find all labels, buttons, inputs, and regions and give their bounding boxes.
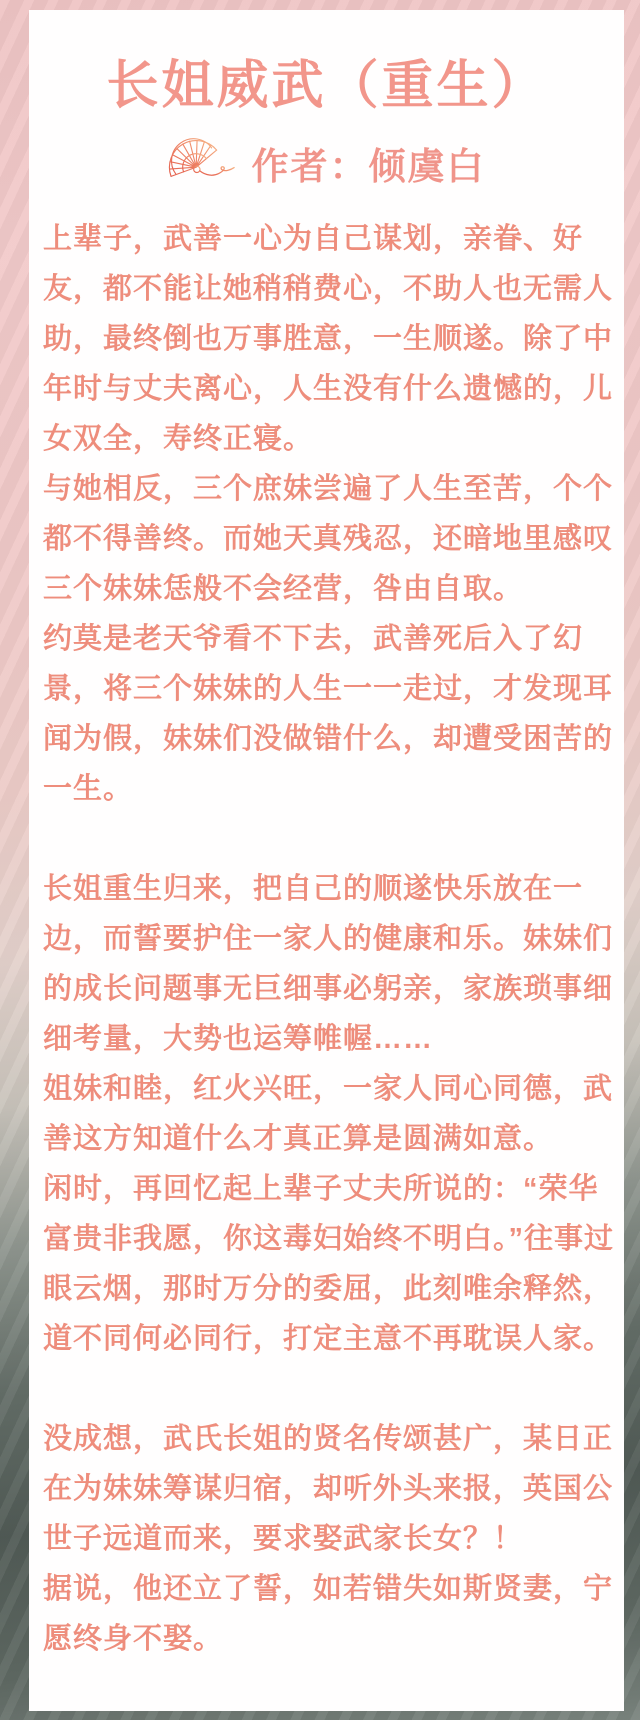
novel-intro-card: 长姐威武（重生） 作者 [29,10,624,1711]
synopsis-paragraph-6: 闲时，再回忆起上辈子丈夫所说的：“荣华富贵非我愿，你这毒妇始终不明白。”往事过眼… [43,1164,614,1364]
synopsis-paragraph-4: 长姐重生归来，把自己的顺遂快乐放在一边，而誓要护住一家人的健康和乐。妹妹们的成长… [43,864,614,1064]
synopsis: 上辈子，武善一心为自己谋划，亲眷、好友，都不能让她稍稍费心，不助人也无需人助，最… [43,214,614,1664]
author-row: 作者：倾虞白 [29,132,624,194]
synopsis-paragraph-2: 与她相反，三个庶妹尝遍了人生至苦，个个都不得善终。而她天真残忍，还暗地里感叹三个… [43,464,614,614]
synopsis-paragraph-8: 据说，他还立了誓，如若错失如斯贤妻，宁愿终身不娶。 [43,1564,614,1664]
page-background: 长姐威武（重生） 作者 [0,0,640,1720]
novel-title: 长姐威武（重生） [29,43,624,118]
synopsis-paragraph-7: 没成想，武氏长姐的贤名传颂甚广，某日正在为妹妹筹谋归宿，却听外头来报，英国公世子… [43,1414,614,1564]
author-name: 作者：倾虞白 [252,136,486,190]
synopsis-paragraph-5: 姐妹和睦，红火兴旺，一家人同心同德，武善这方知道什么才真正算是圆满如意。 [43,1064,614,1164]
synopsis-paragraph-3: 约莫是老天爷看不下去，武善死后入了幻景，将三个妹妹的人生一一走过，才发现耳闻为假… [43,614,614,814]
synopsis-paragraph-1: 上辈子，武善一心为自己谋划，亲眷、好友，都不能让她稍稍费心，不助人也无需人助，最… [43,214,614,464]
fan-flower-icon [168,132,244,194]
